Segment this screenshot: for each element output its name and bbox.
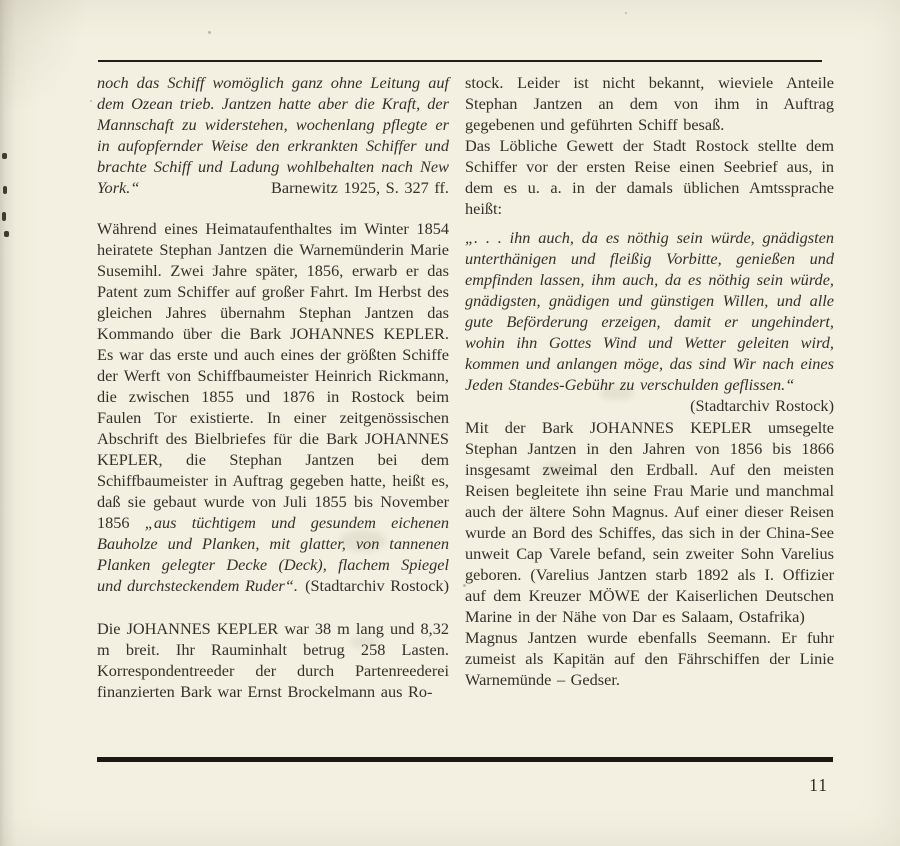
text-columns: noch das Schiff womöglich ganz ohne Leit… xyxy=(97,72,834,702)
binding-mark xyxy=(2,153,7,159)
paper-speck xyxy=(90,100,92,102)
binding-mark xyxy=(2,212,6,221)
seebrief-quote-paragraph: „. . . ihn auch, da es nöthig sein würde… xyxy=(465,227,834,395)
bielbrief-quote-source: (Stadtarchiv Rostock) xyxy=(305,575,449,596)
page-number: 11 xyxy=(809,775,828,796)
paper-speck xyxy=(625,12,627,14)
magnus-paragraph: Magnus Jantzen wurde ebenfalls Seemann. … xyxy=(465,627,834,690)
page-binding-edge xyxy=(0,0,16,846)
voyages-paragraph: Mit der Bark JOHANNES KEPLER umsegelte S… xyxy=(465,417,834,627)
opening-quote-paragraph: noch das Schiff womöglich ganz ohne Leit… xyxy=(97,72,449,198)
shares-paragraph: stock. Leider ist nicht bekannt, wieviel… xyxy=(465,72,834,135)
ship-dimensions-paragraph: Die JOHANNES KEPLER war 38 m lang und 8,… xyxy=(97,618,449,702)
scanned-page: noch das Schiff womöglich ganz ohne Leit… xyxy=(0,0,900,846)
bottom-rule xyxy=(97,757,833,762)
seebrief-quote-text: „. . . ihn auch, da es nöthig sein würde… xyxy=(465,228,834,394)
page-corner-shadow xyxy=(0,0,90,120)
binding-mark xyxy=(3,186,7,194)
paper-speck xyxy=(208,31,211,34)
voyages-text: Mit der Bark JOHANNES KEPLER umsegelte S… xyxy=(465,418,834,626)
biography-paragraph: Während eines Heimataufenthaltes im Wint… xyxy=(97,218,449,596)
seebrief-intro-paragraph: Das Löbliche Gewett der Stadt Rostock st… xyxy=(465,135,834,219)
left-column: noch das Schiff womöglich ganz ohne Leit… xyxy=(97,72,449,702)
seebrief-quote-source: (Stadtarchiv Rostock) xyxy=(690,395,834,416)
magnus-text: Magnus Jantzen wurde ebenfalls Seemann. … xyxy=(465,628,834,689)
ship-dimensions-text: Die JOHANNES KEPLER war 38 m lang und 8,… xyxy=(97,619,449,701)
seebrief-intro-text: Das Löbliche Gewett der Stadt Rostock st… xyxy=(465,136,834,218)
top-rule xyxy=(98,60,822,62)
shares-text: stock. Leider ist nicht bekannt, wieviel… xyxy=(465,73,834,134)
binding-mark xyxy=(4,231,9,237)
right-column: stock. Leider ist nicht bekannt, wieviel… xyxy=(465,72,834,702)
biography-text: Während eines Heimataufenthaltes im Wint… xyxy=(97,219,449,532)
opening-quote-source: Barnewitz 1925, S. 327 ff. xyxy=(271,177,449,198)
